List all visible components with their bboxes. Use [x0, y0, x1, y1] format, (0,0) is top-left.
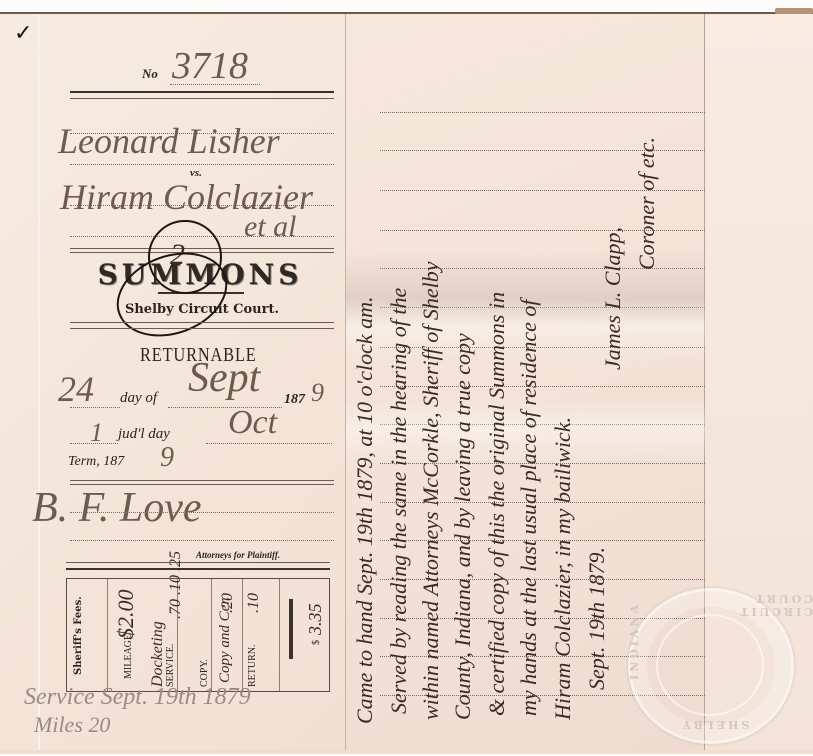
- fee-value-copy: .20: [219, 593, 237, 613]
- dotted-line: [70, 443, 118, 444]
- return-line: & certified copy of this the original Su…: [484, 292, 510, 716]
- officer-signature: James L. Clapp,: [600, 227, 626, 370]
- fee-value-service: .70 .10 .25: [167, 551, 185, 619]
- fees-column-divider: [211, 579, 212, 691]
- margin-line: [38, 14, 40, 750]
- fee-label-mileage: MILEAGE: [123, 634, 134, 679]
- case-number-label: No: [142, 66, 158, 82]
- rule: [70, 98, 334, 99]
- fee-value-return: .10: [245, 593, 263, 613]
- fees-column-divider: [279, 579, 280, 691]
- rule: [70, 91, 334, 93]
- return-date: Sept. 19th 1879.: [584, 547, 610, 690]
- day-of-label: day of: [120, 390, 157, 407]
- number-dotted-line: [170, 84, 260, 85]
- court-seal-inner: [656, 614, 764, 716]
- dotted-line: [206, 443, 332, 444]
- return-line: Served by reading the same in the hearin…: [386, 288, 412, 714]
- officer-title: Coroner of etc.: [634, 137, 660, 270]
- returnable-month: Sept: [188, 354, 260, 402]
- seal-text-top: CIRCUIT COURT: [672, 592, 813, 618]
- return-line: Came to hand Sept. 19th 1879, at 10 o'cl…: [352, 296, 378, 724]
- dotted-line: [70, 407, 120, 408]
- rule: [66, 568, 330, 570]
- fees-column-divider: [242, 579, 243, 691]
- fee-hand-docketing: Docketing: [149, 621, 167, 687]
- rule: [66, 562, 330, 563]
- return-line: within named Attorneys McCorkle, Sheriff…: [418, 262, 444, 720]
- judicial-day-month: Oct: [228, 404, 277, 442]
- fees-total-bar: [289, 599, 293, 659]
- checkmark-icon: ✓: [14, 20, 32, 46]
- torn-edge: [775, 8, 813, 14]
- return-line: Hiram Colclazier, in my bailiwick.: [550, 417, 576, 720]
- attorney-signature: B. F. Love: [32, 484, 202, 532]
- fees-column-divider: [107, 579, 108, 691]
- defendant-suffix: et al: [244, 210, 297, 244]
- dotted-line: [70, 540, 334, 541]
- fee-value-mileage: $2.00: [113, 590, 139, 640]
- term-label: Term, 187: [68, 454, 124, 470]
- case-number-value: 3718: [172, 44, 248, 88]
- rule: [70, 322, 334, 323]
- term-year-handwritten: 9: [160, 442, 174, 474]
- sheriff-fees-table: Sheriff's Fees. MILEAGE $2.00 SERVICE. D…: [66, 578, 330, 692]
- fee-total: 3.35: [305, 604, 326, 636]
- rule: [70, 328, 334, 329]
- dotted-line: [70, 512, 334, 513]
- seal-text-left: INDIANA: [628, 602, 641, 680]
- dotted-line: [70, 164, 334, 165]
- plaintiff-name: Leonard Lisher: [58, 120, 280, 162]
- judicial-day-label: jud'l day: [118, 426, 170, 443]
- return-line: County, Indiana, and by leaving a true c…: [450, 333, 476, 720]
- fee-label-copy: COPY.: [199, 659, 210, 687]
- rule: [70, 480, 334, 481]
- fees-heading: Sheriff's Fees.: [73, 596, 84, 675]
- seal-text-bottom: SHELBY: [680, 718, 749, 731]
- year-printed: 187: [284, 392, 305, 408]
- attorney-caption: Attorneys for Plaintiff.: [196, 550, 280, 560]
- year-handwritten: 9: [311, 378, 324, 408]
- fee-total-prefix: $: [311, 640, 322, 645]
- fee-label-return: RETURN.: [247, 645, 258, 688]
- pencil-note-service: Service Sept. 19th 1879: [24, 684, 251, 711]
- return-line: my hands at the last usual place of resi…: [516, 299, 542, 716]
- pencil-note-miles: Miles 20: [34, 712, 110, 738]
- returnable-day: 24: [58, 368, 94, 410]
